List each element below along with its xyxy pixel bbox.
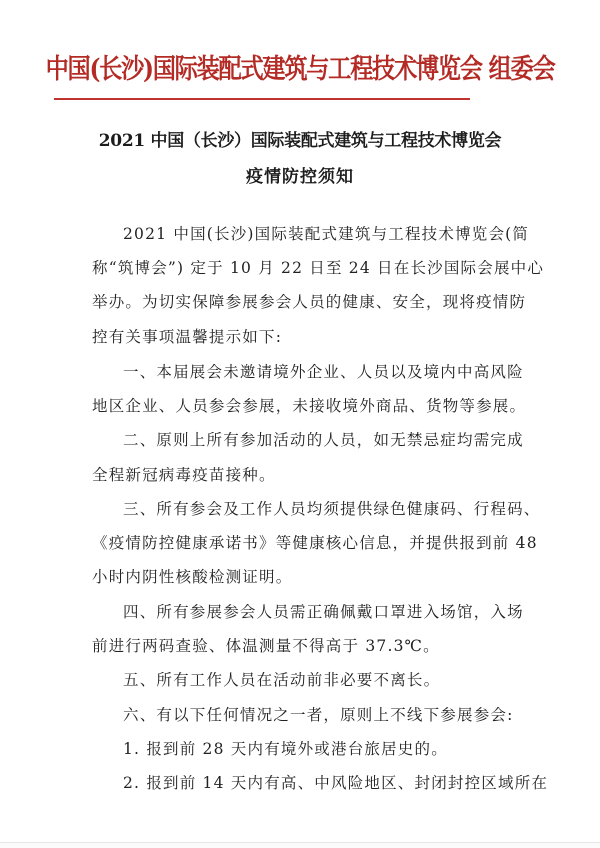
body-line: 举办。为切实保障参展参会人员的健康、安全，现将疫情防	[92, 290, 526, 314]
letterhead-divider	[54, 98, 470, 100]
notice-subitem-2: 2. 报到前 14 天内有高、中风险地区、封闭封控区域所在	[92, 771, 548, 795]
notice-item-2: 二、原则上所有参加活动的人员，如无禁忌症均需完成	[92, 428, 524, 452]
document-page: 中国(长沙)国际装配式建筑与工程技术博览会组委会 2021 中国（长沙）国际装配…	[0, 0, 600, 843]
notice-item-5: 五、所有工作人员在活动前非必要不离长。	[92, 668, 440, 692]
body-line: 全程新冠病毒疫苗接种。	[92, 463, 276, 487]
notice-item-4: 四、所有参展参会人员需正确佩戴口罩进入场馆，入场	[92, 600, 524, 624]
document-title-line1: 2021 中国（长沙）国际装配式建筑与工程技术博览会	[0, 129, 600, 153]
notice-item-3: 三、所有参会及工作人员均须提供绿色健康码、行程码、	[92, 497, 541, 521]
document-title-line2: 疫情防控须知	[0, 165, 600, 189]
letterhead-org-name: 中国(长沙)国际装配式建筑与工程技术博览会	[46, 54, 482, 85]
notice-item-1: 一、本届展会未邀请境外企业、人员以及境内中高风险	[92, 360, 524, 384]
body-line: 《疫情防控健康承诺书》等健康核心信息，并提供报到前 48	[92, 531, 538, 555]
body-line: 控有关事项温馨提示如下:	[92, 325, 282, 349]
letterhead-title: 中国(长沙)国际装配式建筑与工程技术博览会组委会	[42, 50, 558, 90]
body-line: 称“筑博会”) 定于 10 月 22 日至 24 日在长沙国际会展中心	[92, 256, 544, 280]
notice-item-6: 六、有以下任何情况之一者，原则上不线下参展参会:	[92, 703, 514, 727]
body-line: 小时内阴性核酸检测证明。	[92, 565, 292, 589]
body-line: 前进行两码查验、体温测量不得高于 37.3℃。	[92, 634, 440, 658]
body-line: 地区企业、人员参会参展，未接收境外商品、货物等参展。	[92, 394, 526, 418]
notice-subitem-1: 1. 报到前 28 天内有境外或港台旅居史的。	[92, 737, 448, 761]
letterhead-org-suffix: 组委会	[489, 54, 555, 85]
body-line: 2021 中国(长沙)国际装配式建筑与工程技术博览会(简	[92, 222, 529, 246]
